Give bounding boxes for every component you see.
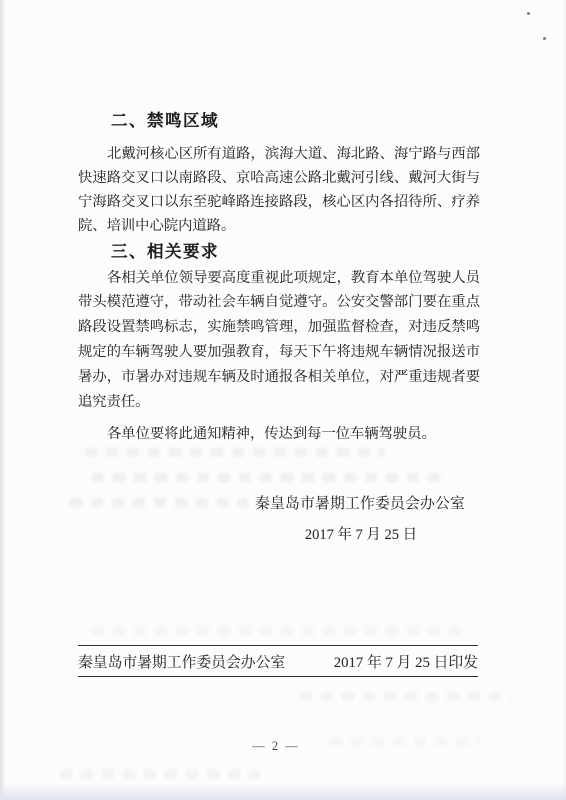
- bleed-through-artifact: [92, 473, 444, 482]
- section-heading-requirements: 三、相关要求: [111, 242, 219, 262]
- bleed-through-artifact: [70, 498, 248, 507]
- scan-edge-bottom-shadow: [0, 784, 566, 800]
- bleed-through-artifact: [85, 448, 385, 457]
- signature-organization: 秦皇岛市暑期工作委员会办公室: [255, 492, 467, 516]
- bleed-through-artifact: [60, 770, 260, 779]
- body-line: 各相关单位领导要高度重视此项规定，教育本单位驾驶人员: [78, 266, 480, 290]
- body-line: 追究责任。: [78, 390, 480, 414]
- scan-speck: [527, 12, 530, 15]
- body-line: 路段设置禁鸣标志，实施禁鸣管理，加强监督检查，对违反禁鸣: [78, 315, 480, 339]
- body-line: 快速路交叉口以南路段、京哈高速公路北戴河引线、戴河大街与: [78, 166, 480, 190]
- closing-line: 各单位要将此通知精神，传达到每一位车辆驾驶员。: [78, 422, 480, 446]
- colophon-top-rule: [78, 645, 478, 646]
- body-line: 院、培训中心院内道路。: [78, 214, 480, 238]
- body-line: 宁海路交叉口以东至驼峰路连接路段，核心区内各招待所、疗养: [78, 190, 480, 214]
- scan-edge-left: [0, 0, 5, 800]
- body-line: 暑办，市暑办对违规车辆及时通报各相关单位，对严重违规者要: [78, 365, 480, 389]
- scan-speck: [543, 37, 546, 40]
- bleed-through-artifact: [92, 626, 468, 635]
- colophon-organization: 秦皇岛市暑期工作委员会办公室: [78, 651, 285, 676]
- body-line: 北戴河核心区所有道路，滨海大道、海北路、海宁路与西部: [78, 142, 480, 166]
- colophon-print-date: 2017 年 7 月 25 日印发: [334, 651, 478, 676]
- scanned-document-page: 二、禁鸣区域 北戴河核心区所有道路，滨海大道、海北路、海宁路与西部 快速路交叉口…: [0, 0, 566, 800]
- scan-edge-right: [562, 0, 566, 800]
- page-number: — 2 —: [0, 739, 556, 754]
- body-line: 规定的车辆驾驶人要加强教育，每天下午将违规车辆情况报送市: [78, 340, 480, 364]
- colophon-row: 秦皇岛市暑期工作委员会办公室 2017 年 7 月 25 日印发: [78, 651, 478, 677]
- body-line: 带头模范遵守，带动社会车辆自觉遵守。公安交警部门要在重点: [78, 290, 480, 314]
- bleed-through-artifact: [300, 692, 512, 701]
- signature-date: 2017 年 7 月 25 日: [255, 523, 467, 547]
- section-heading-no-honking-zone: 二、禁鸣区域: [111, 111, 219, 131]
